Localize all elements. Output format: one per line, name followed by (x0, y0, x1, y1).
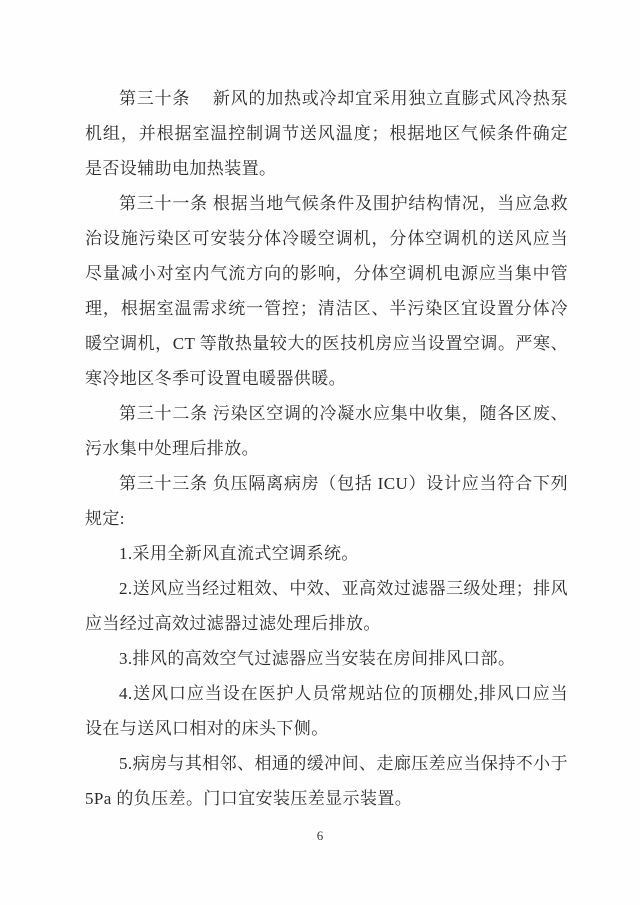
list-item-4: 4.送风口应当设在医护人员常规站位的顶棚处,排风口应当设在与送风口相对的床头下侧… (85, 676, 568, 746)
list-item-5: 5.病房与其相邻、相通的缓冲间、走廊压差应当保持不小于5Pa 的负压差。门口宜安… (85, 746, 568, 816)
page-number: 6 (317, 828, 324, 843)
document-page: 第三十条 新风的加热或冷却宜采用独立直膨式风冷热泵机组，并根据室温控制调节送风温… (0, 0, 640, 905)
list-item-2: 2.送风应当经过粗效、中效、亚高效过滤器三级处理；排风应当经过高效过滤器过滤处理… (85, 571, 568, 641)
page-footer: 6 (0, 827, 640, 845)
paragraph-article-32: 第三十二条 污染区空调的冷凝水应集中收集，随各区废、污水集中处理后排放。 (85, 396, 568, 466)
list-item-1: 1.采用全新风直流式空调系统。 (85, 536, 568, 571)
document-body: 第三十条 新风的加热或冷却宜采用独立直膨式风冷热泵机组，并根据室温控制调节送风温… (85, 81, 568, 816)
paragraph-article-31: 第三十一条 根据当地气候条件及围护结构情况，当应急救治设施污染区可安装分体冷暖空… (85, 186, 568, 396)
paragraph-article-30: 第三十条 新风的加热或冷却宜采用独立直膨式风冷热泵机组，并根据室温控制调节送风温… (85, 81, 568, 186)
paragraph-article-33: 第三十三条 负压隔离病房（包括 ICU）设计应当符合下列规定: (85, 466, 568, 536)
list-item-3: 3.排风的高效空气过滤器应当安装在房间排风口部。 (85, 641, 568, 676)
